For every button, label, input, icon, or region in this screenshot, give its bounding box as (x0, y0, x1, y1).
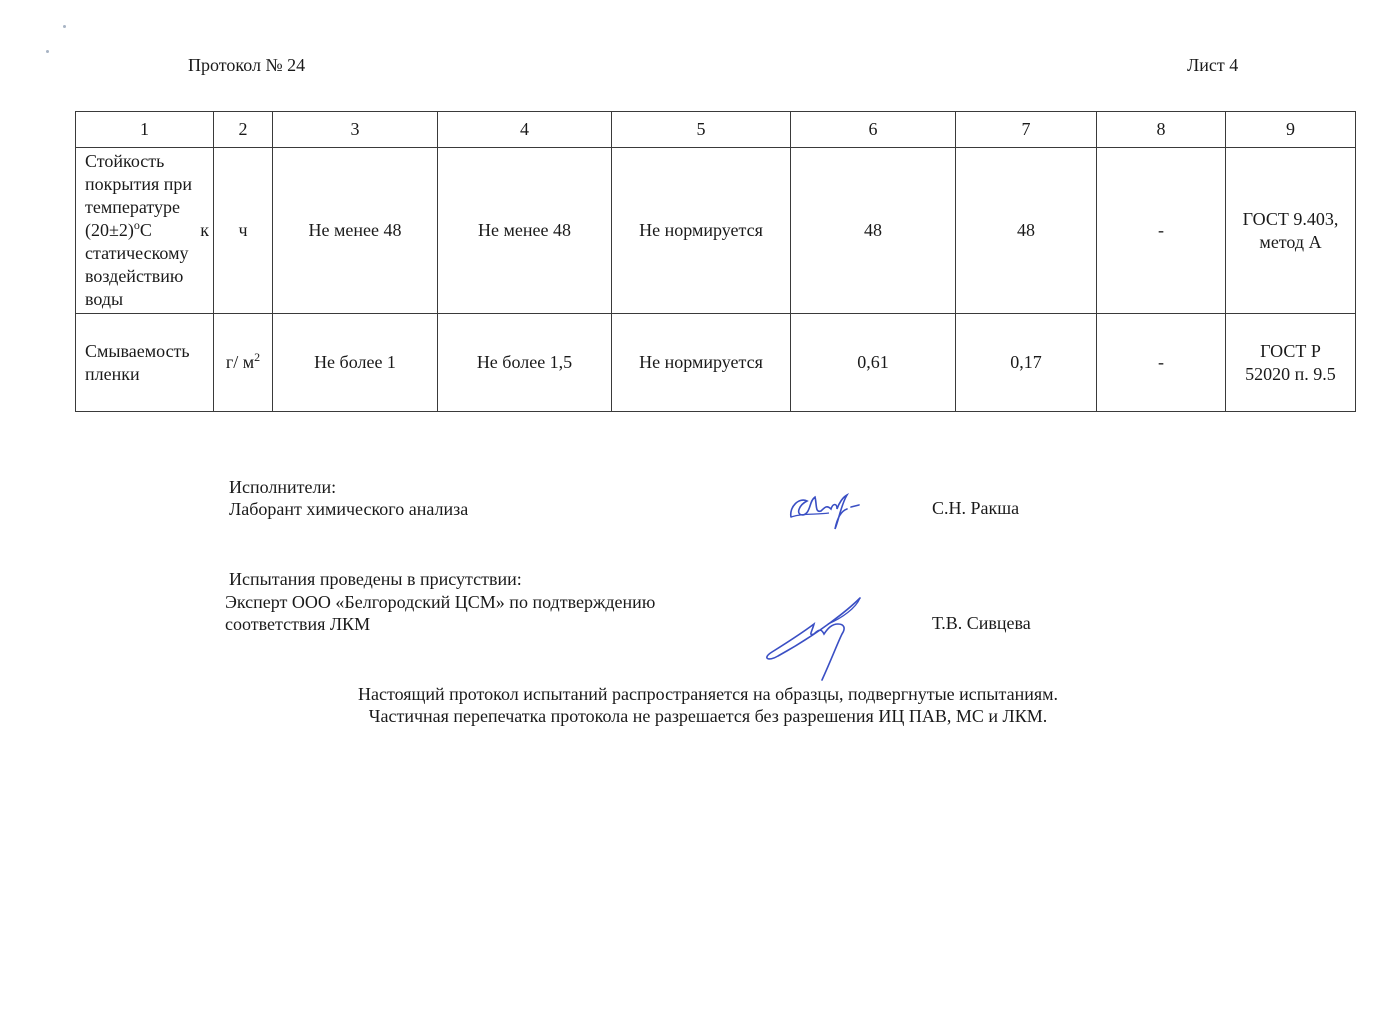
column-number: 5 (612, 112, 791, 148)
scan-speck (46, 50, 49, 53)
signature-icon (785, 483, 865, 533)
executor-position: Лаборант химического анализа (229, 498, 468, 520)
column-number: 2 (214, 112, 273, 148)
unit-cell: ч (214, 148, 273, 314)
executors-heading: Исполнители: (229, 476, 468, 498)
value-cell: Не более 1,5 (438, 314, 612, 412)
signature-icon (758, 594, 868, 684)
executors-block: Исполнители: Лаборант химического анализ… (229, 476, 468, 520)
executor-name: С.Н. Ракша (932, 498, 1019, 519)
column-number: 9 (1226, 112, 1356, 148)
value-cell: 48 (791, 148, 956, 314)
column-number: 7 (956, 112, 1097, 148)
footer-note: Настоящий протокол испытаний распростран… (0, 683, 1400, 727)
unit-cell: г/ м2 (214, 314, 273, 412)
scan-speck (63, 25, 66, 28)
indicator-name: Смываемость пленки (76, 314, 214, 412)
indicator-name: Стойкость покрытия при температуре (20±2… (76, 148, 214, 314)
value-cell: Не нормируется (612, 314, 791, 412)
table-row: Стойкость покрытия при температуре (20±2… (76, 148, 1356, 314)
value-cell: 48 (956, 148, 1097, 314)
value-cell: - (1097, 314, 1226, 412)
column-number: 6 (791, 112, 956, 148)
witness-name: Т.В. Сивцева (932, 613, 1031, 634)
table-row: Смываемость пленки г/ м2 Не более 1 Не б… (76, 314, 1356, 412)
value-cell: 0,17 (956, 314, 1097, 412)
value-cell: Не нормируется (612, 148, 791, 314)
method-cell: ГОСТ 9.403, метод А (1226, 148, 1356, 314)
column-number: 4 (438, 112, 612, 148)
value-cell: Не более 1 (273, 314, 438, 412)
witness-position: Эксперт ООО «Белгородский ЦСМ» по подтве… (225, 591, 655, 635)
column-number: 8 (1097, 112, 1226, 148)
witness-heading: Испытания проведены в присутствии: (229, 568, 522, 590)
value-cell: - (1097, 148, 1226, 314)
column-number-row: 1 2 3 4 5 6 7 8 9 (76, 112, 1356, 148)
results-table: 1 2 3 4 5 6 7 8 9 Стойкость покрытия при… (75, 111, 1356, 412)
value-cell: Не менее 48 (438, 148, 612, 314)
protocol-number: Протокол № 24 (188, 55, 305, 76)
column-number: 1 (76, 112, 214, 148)
column-number: 3 (273, 112, 438, 148)
sheet-number: Лист 4 (1187, 55, 1238, 76)
value-cell: Не менее 48 (273, 148, 438, 314)
method-cell: ГОСТ Р 52020 п. 9.5 (1226, 314, 1356, 412)
value-cell: 0,61 (791, 314, 956, 412)
